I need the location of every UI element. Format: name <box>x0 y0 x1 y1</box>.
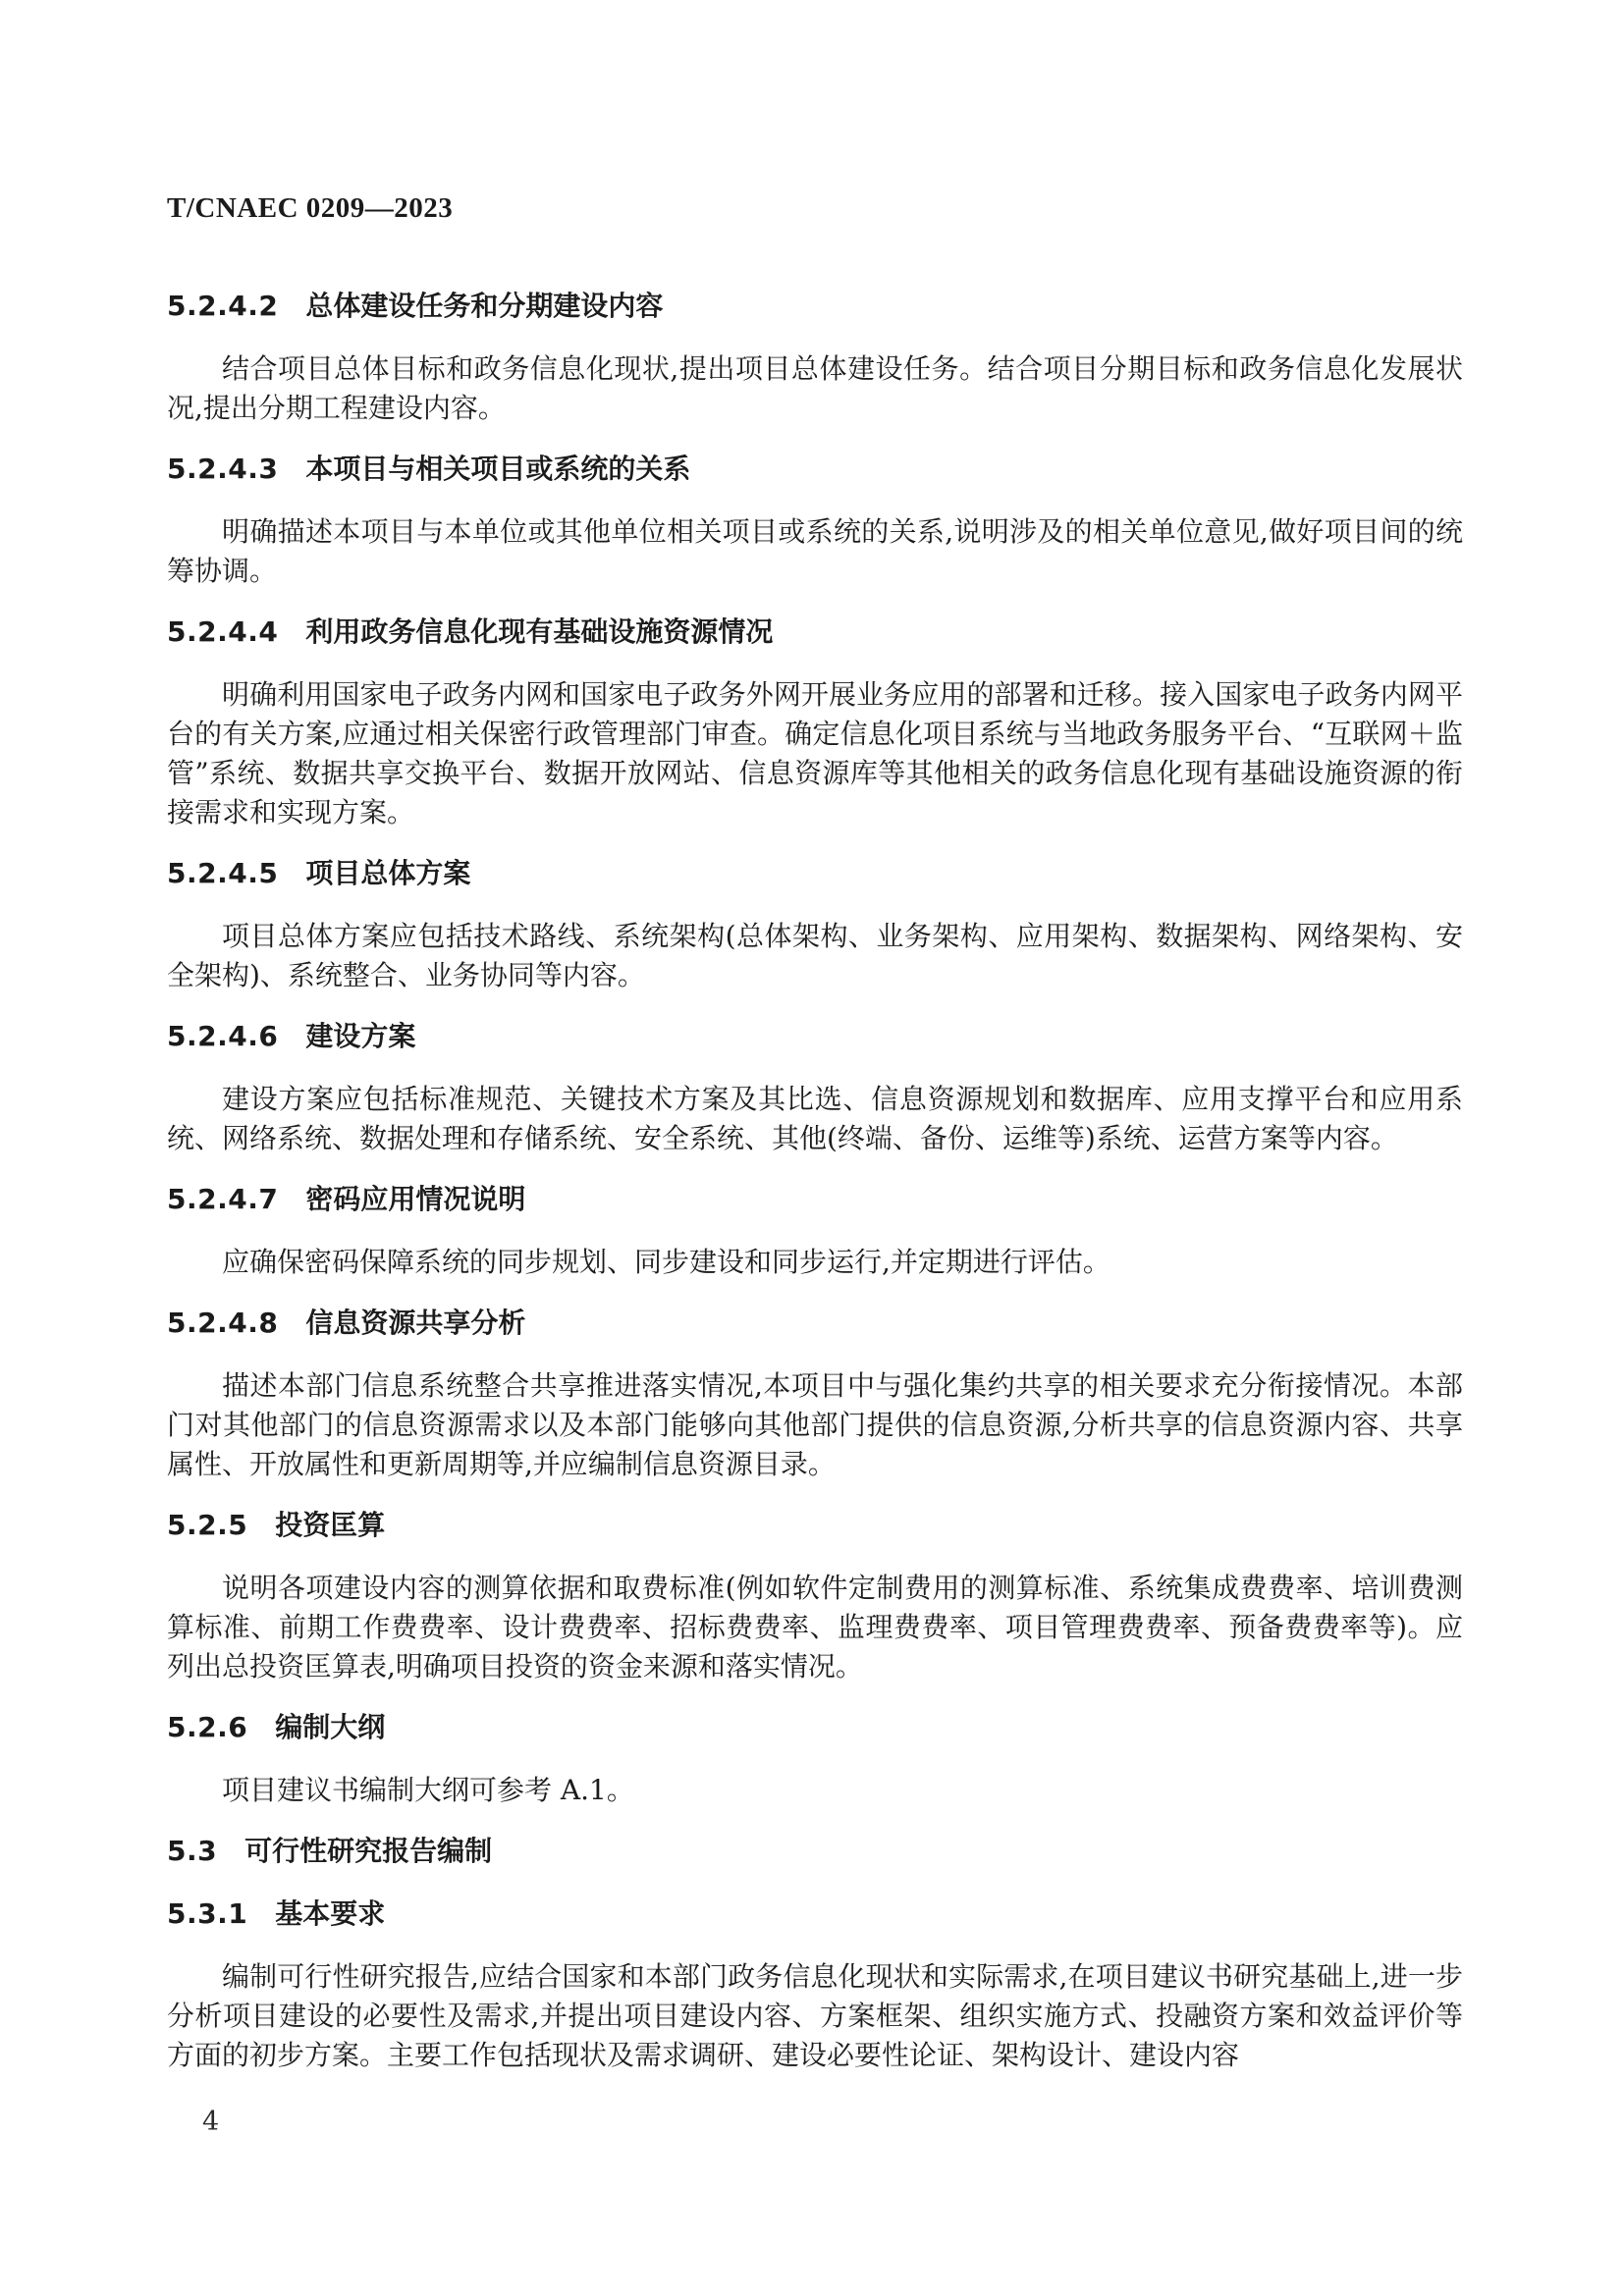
section-heading: 5.3.1基本要求 <box>167 1895 1463 1934</box>
section-number: 5.3.1 <box>167 1895 247 1934</box>
section-title: 建设方案 <box>305 1020 415 1052</box>
section-number: 5.2.4.7 <box>167 1180 278 1219</box>
paragraph: 描述本部门信息系统整合共享推进落实情况,本项目中与强化集约共享的相关要求充分衔接… <box>167 1366 1463 1484</box>
section-heading: 5.2.5投资匡算 <box>167 1506 1463 1545</box>
page-number: 4 <box>202 2107 219 2138</box>
section-heading: 5.2.4.6建设方案 <box>167 1017 1463 1056</box>
section-title: 信息资源共享分析 <box>305 1307 525 1339</box>
section-number: 5.2.4.4 <box>167 613 278 652</box>
section-number: 5.2.4.5 <box>167 854 278 893</box>
section-title: 总体建设任务和分期建设内容 <box>305 290 663 322</box>
section-title: 可行性研究报告编制 <box>244 1835 492 1867</box>
section-heading: 5.2.6编制大纲 <box>167 1708 1463 1747</box>
paragraph: 说明各项建设内容的测算依据和取费标准(例如软件定制费用的测算标准、系统集成费费率… <box>167 1569 1463 1686</box>
section-number: 5.2.4.2 <box>167 287 278 326</box>
section-number: 5.3 <box>167 1832 217 1871</box>
section-heading: 5.2.4.3本项目与相关项目或系统的关系 <box>167 450 1463 489</box>
section-heading: 5.3可行性研究报告编制 <box>167 1832 1463 1871</box>
document-body: 5.2.4.2总体建设任务和分期建设内容结合项目总体目标和政务信息化现状,提出项… <box>167 287 1463 2075</box>
section-number: 5.2.4.8 <box>167 1304 278 1343</box>
section-title: 编制大纲 <box>275 1711 385 1743</box>
section-heading: 5.2.4.7密码应用情况说明 <box>167 1180 1463 1219</box>
paragraph: 编制可行性研究报告,应结合国家和本部门政务信息化现状和实际需求,在项目建议书研究… <box>167 1957 1463 2075</box>
section-title: 投资匡算 <box>275 1509 385 1541</box>
paragraph: 建设方案应包括标准规范、关键技术方案及其比选、信息资源规划和数据库、应用支撑平台… <box>167 1080 1463 1158</box>
document-standard-code: T/CNAEC 0209—2023 <box>167 188 1463 228</box>
section-title: 本项目与相关项目或系统的关系 <box>305 453 690 485</box>
section-heading: 5.2.4.8信息资源共享分析 <box>167 1304 1463 1343</box>
paragraph: 明确描述本项目与本单位或其他单位相关项目或系统的关系,说明涉及的相关单位意见,做… <box>167 512 1463 591</box>
section-number: 5.2.4.6 <box>167 1017 278 1056</box>
section-heading: 5.2.4.2总体建设任务和分期建设内容 <box>167 287 1463 326</box>
section-heading: 5.2.4.4利用政务信息化现有基础设施资源情况 <box>167 613 1463 652</box>
section-heading: 5.2.4.5项目总体方案 <box>167 854 1463 893</box>
section-number: 5.2.6 <box>167 1708 247 1747</box>
section-title: 项目总体方案 <box>305 857 470 889</box>
paragraph: 应确保密码保障系统的同步规划、同步建设和同步运行,并定期进行评估。 <box>167 1243 1463 1282</box>
paragraph: 结合项目总体目标和政务信息化现状,提出项目总体建设任务。结合项目分期目标和政务信… <box>167 349 1463 428</box>
paragraph: 项目总体方案应包括技术路线、系统架构(总体架构、业务架构、应用架构、数据架构、网… <box>167 917 1463 995</box>
document-page: T/CNAEC 0209—2023 5.2.4.2总体建设任务和分期建设内容结合… <box>0 0 1624 2296</box>
section-number: 5.2.4.3 <box>167 450 278 489</box>
paragraph: 明确利用国家电子政务内网和国家电子政务外网开展业务应用的部署和迁移。接入国家电子… <box>167 675 1463 832</box>
section-title: 密码应用情况说明 <box>305 1183 525 1215</box>
section-title: 基本要求 <box>275 1897 385 1930</box>
section-title: 利用政务信息化现有基础设施资源情况 <box>305 615 773 648</box>
section-number: 5.2.5 <box>167 1506 247 1545</box>
paragraph: 项目建议书编制大纲可参考 A.1。 <box>167 1771 1463 1810</box>
